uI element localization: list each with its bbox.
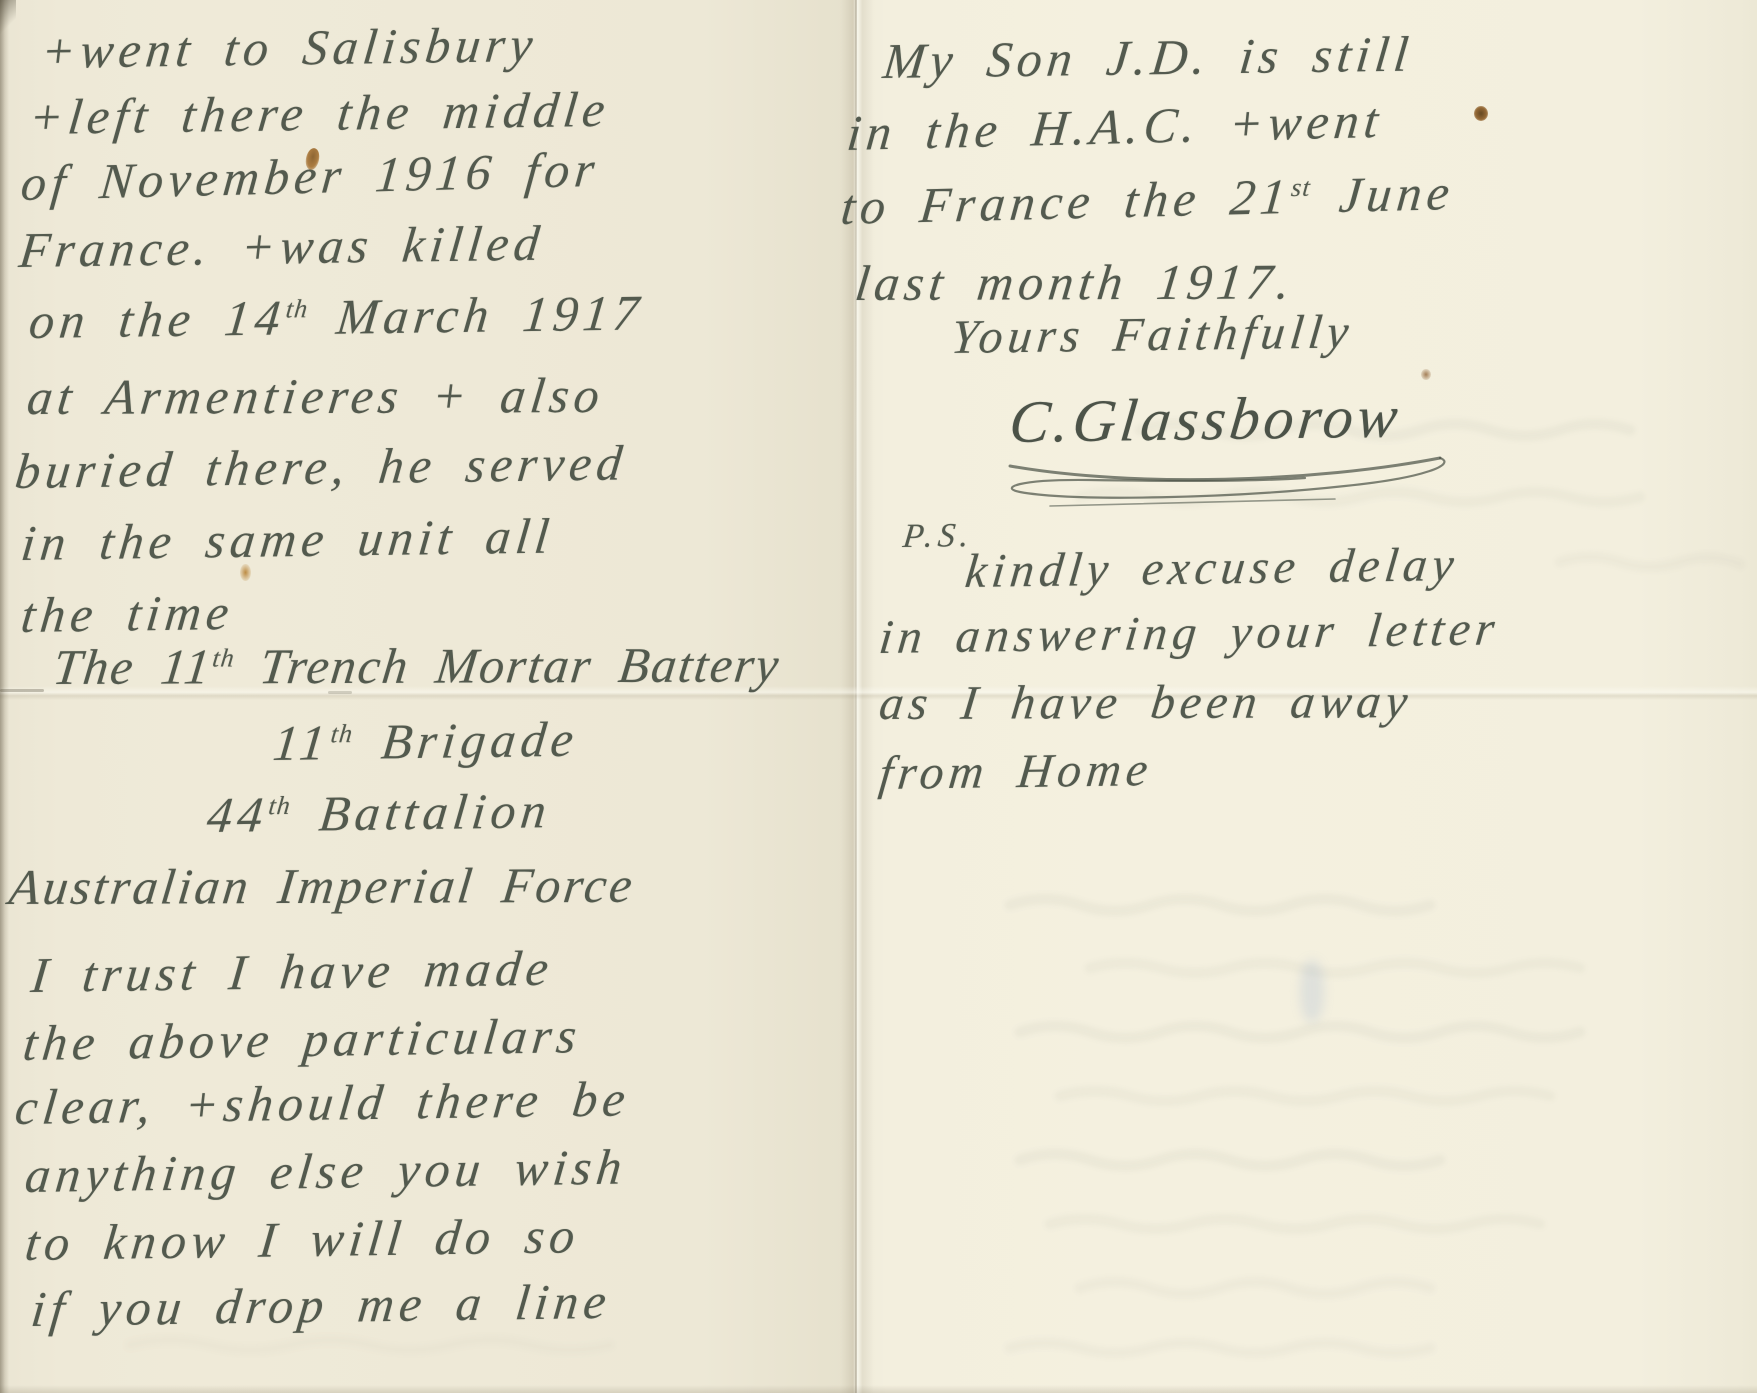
signature: C.Glassborow	[1007, 387, 1405, 452]
handwriting-line-battalion: 44th Battalion	[205, 785, 554, 840]
handwriting-line: the time	[19, 587, 236, 640]
handwriting-line: at Armentieres + also	[25, 370, 607, 422]
postscript-line: kindly excuse delay	[963, 541, 1461, 596]
handwriting-line: of November 1916 for	[19, 144, 602, 208]
handwriting-line: to know I will do so	[23, 1210, 582, 1268]
handwriting-line: buried there, he served	[13, 437, 630, 496]
handwriting-line-force: Australian Imperial Force	[7, 860, 638, 912]
postscript-line: as I have been away	[877, 678, 1415, 728]
handwriting-line: in the H.A.C. +went	[845, 95, 1386, 158]
postscript-line: in answering your letter	[877, 605, 1502, 662]
handwriting-line: anything else you wish	[23, 1142, 630, 1200]
letter-scan: +went to Salisbury +left there the middl…	[0, 0, 1757, 1393]
postscript-line: from Home	[877, 746, 1155, 798]
crease-dash	[0, 689, 44, 692]
closing-valediction: Yours Faithfully	[949, 308, 1356, 362]
handwriting-line: I trust I have made	[29, 943, 556, 1000]
handwriting-line: +went to Salisbury	[39, 19, 540, 76]
handwriting-line: on the 14th March 1917	[27, 287, 646, 346]
handwriting-line-unit: The 11th Trench Mortar Battery	[51, 639, 783, 692]
handwriting-line: clear, +should there be	[13, 1073, 633, 1132]
handwriting-line: if you drop me a line	[29, 1276, 614, 1334]
handwriting-line-brigade: 11th Brigade	[271, 714, 581, 768]
handwriting-line: in the same unit all	[19, 511, 557, 568]
handwriting-line: France. +was killed	[17, 218, 547, 275]
handwriting-line: the above particulars	[21, 1010, 584, 1068]
handwriting-line: +left there the middle	[27, 84, 613, 142]
handwriting-line: My Son J.D. is still	[881, 29, 1416, 86]
handwriting-line: last month 1917.	[853, 256, 1298, 308]
postscript-label: P.S.	[901, 519, 975, 554]
